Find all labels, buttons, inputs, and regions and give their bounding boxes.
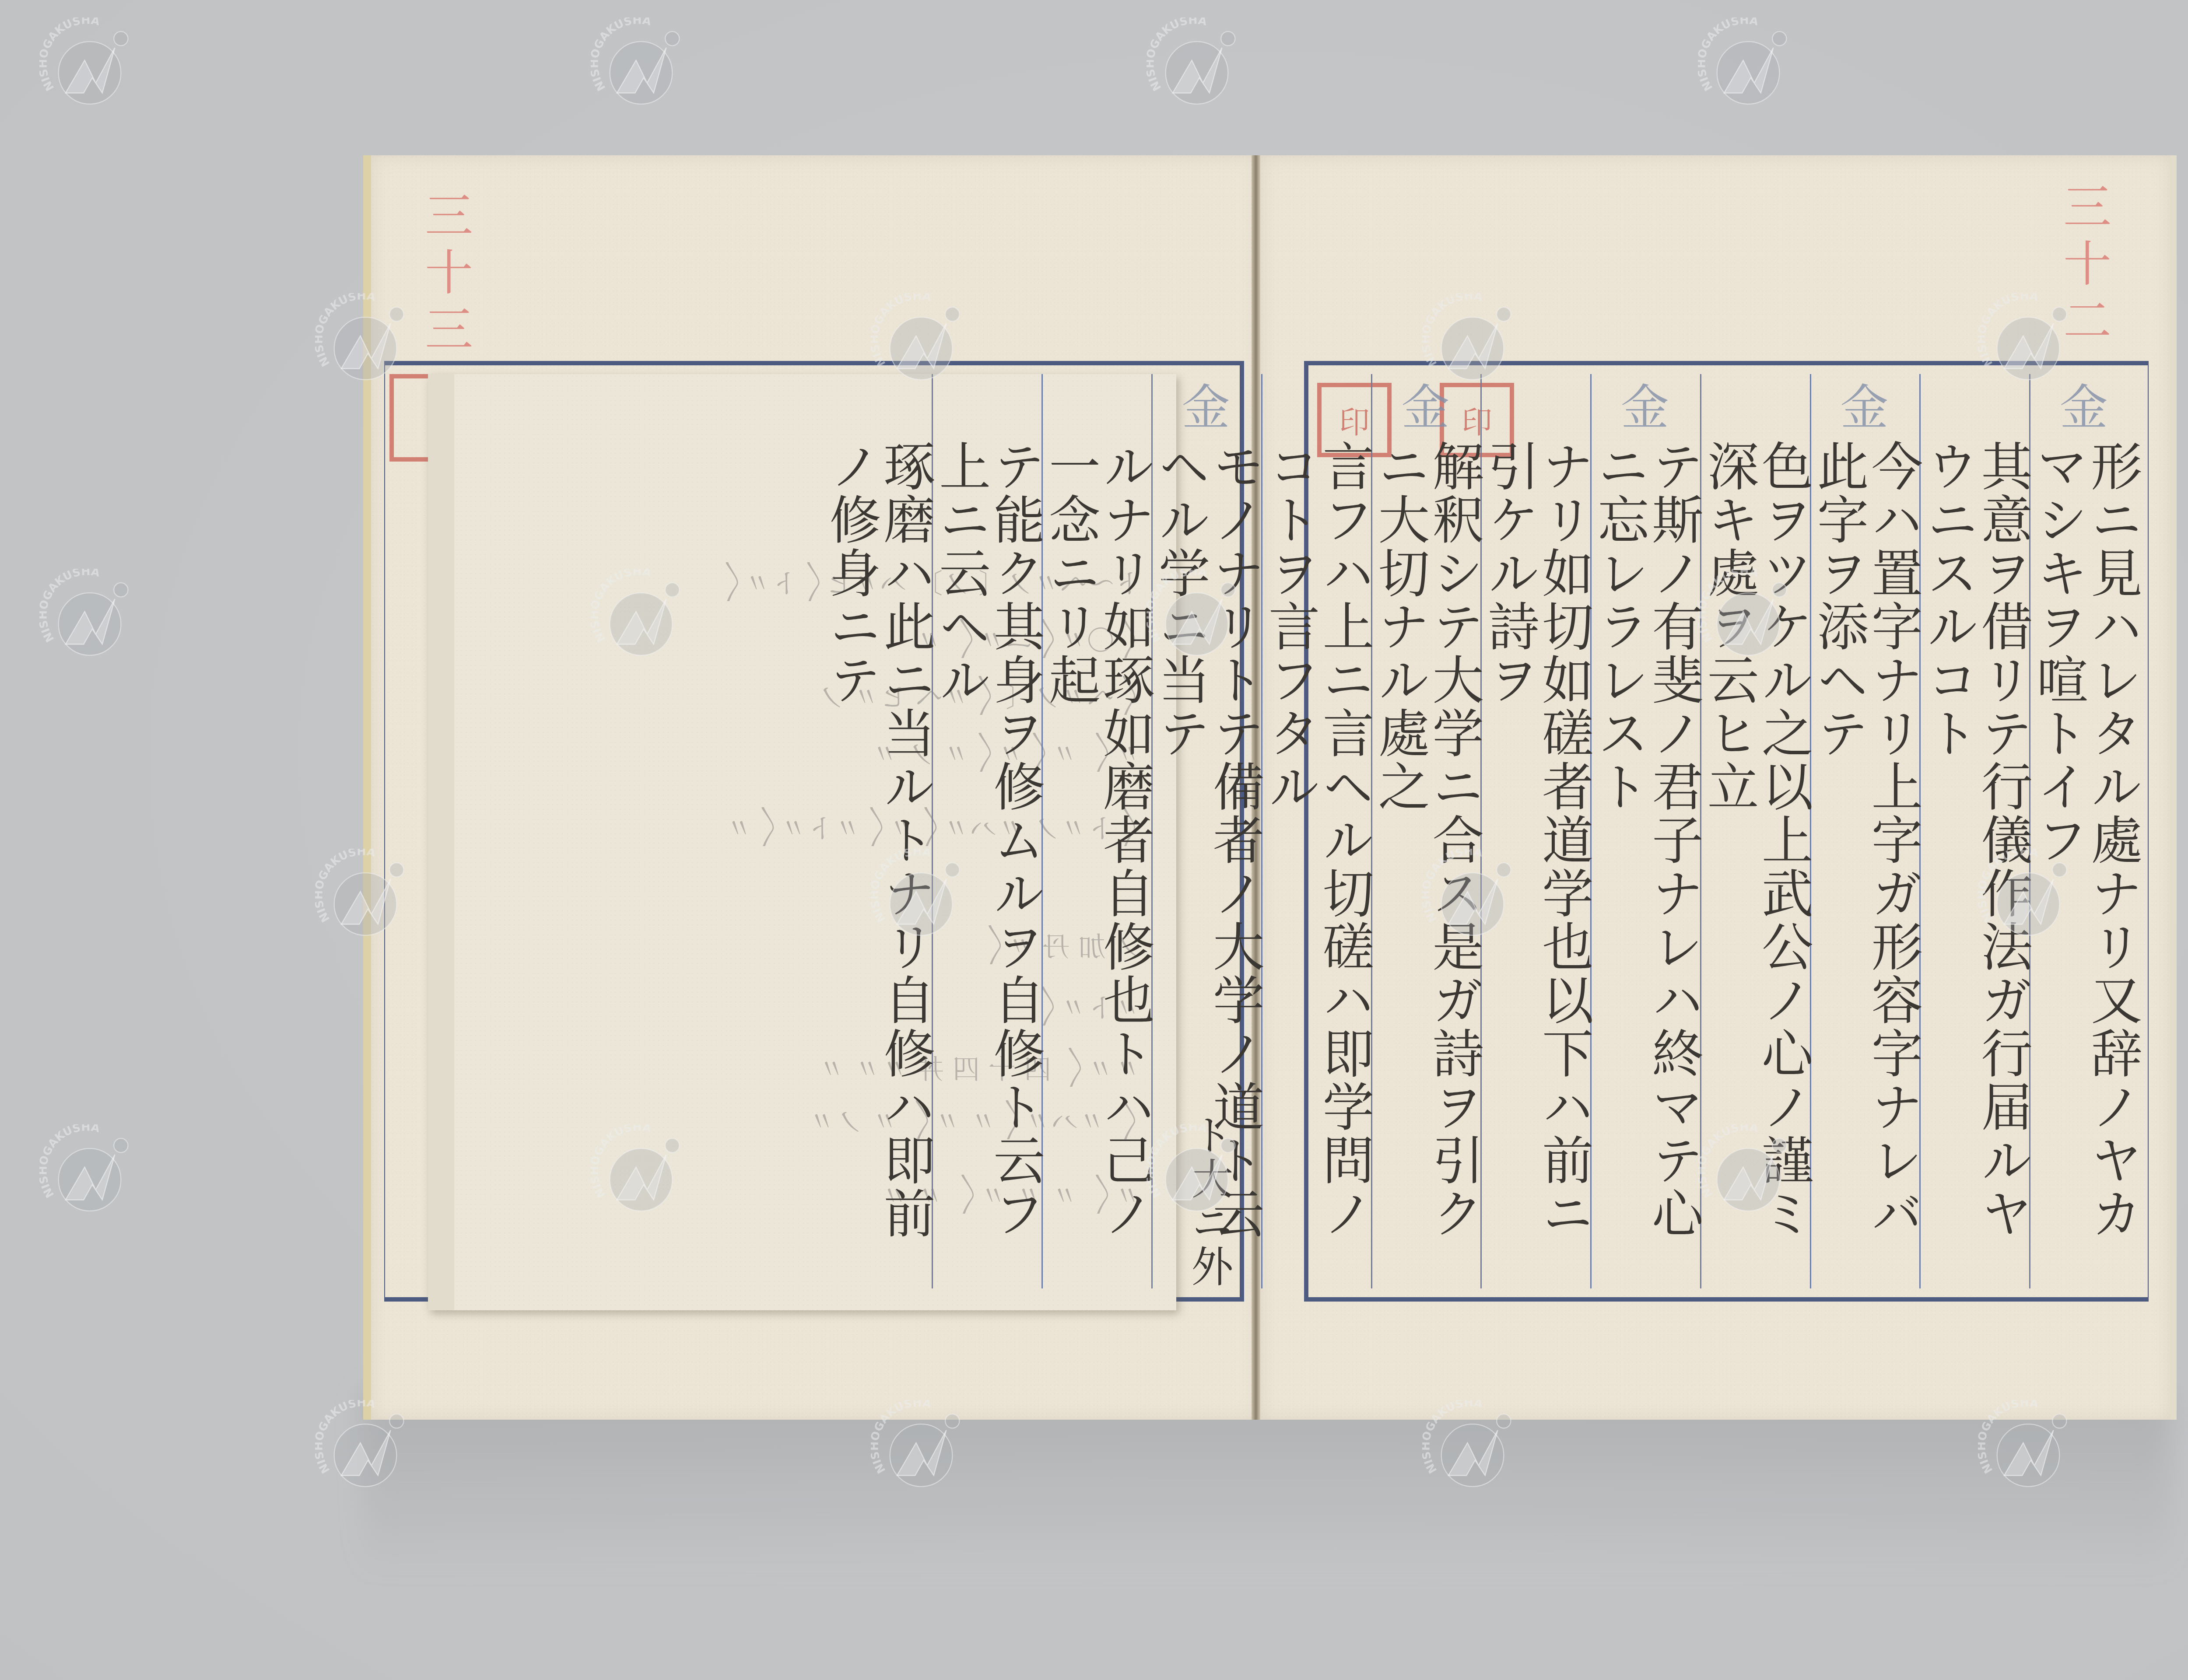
right-page: 三十二 印 印 金形ニ見ハレタル處ナリ又辞ノヤカマシキヲ喧トイフ 其意ヲ借リテ行…	[1260, 155, 2177, 1420]
column-mark-kin: 金	[2060, 383, 2110, 434]
left-page-marginal-note: 三十三	[410, 190, 480, 361]
column-mark-kin: 金	[1401, 383, 1451, 434]
right-page-text-columns: 金形ニ見ハレタル處ナリ又辞ノヤカマシキヲ喧トイフ 其意ヲ借リテ行儀作法ガ行届ルヤ…	[1317, 374, 2139, 1288]
column-mark-kin: 金	[1182, 383, 1232, 434]
text-column: 色ヲツケル之以上武公ノ心ノ謹ミ深キ處ヲ云ヒ立	[1700, 374, 1810, 1288]
text-column: 金形ニ見ハレタル處ナリ又辞ノヤカマシキヲ喧トイフ	[2029, 374, 2139, 1288]
text-column: ルナリ如琢如磨者自修也トハ己ノ一念ニリ起	[1041, 374, 1151, 1288]
text-column: 金テ斯ノ有斐ノ君子ナレハ終マテ心ニ忘レラレスト	[1590, 374, 1700, 1288]
text-column: 琢磨ハ此ニ当ルトナリ自修ハ即前ノ修身ニテ	[824, 374, 932, 1288]
right-page-ruled-frame: 印 印 金形ニ見ハレタル處ナリ又辞ノヤカマシキヲ喧トイフ 其意ヲ借リテ行儀作法ガ…	[1304, 361, 2149, 1302]
text-column: ナリ如切如磋者道学也以下ハ前ニ引ケル詩ヲ	[1480, 374, 1590, 1288]
text-column: テ能ク其身ヲ修ムルヲ自修ト云フ上ニ云ヘル	[932, 374, 1041, 1288]
text-column: 其意ヲ借リテ行儀作法ガ行届ルヤウニスルコト	[1919, 374, 2029, 1288]
column-mark-kin: 金	[1621, 383, 1671, 434]
right-page-marginal-note: 三十二	[2049, 182, 2118, 352]
text-column: 金モノナリトテ備者ノ大学ノ道ト云ヘル学ニ当テ	[1151, 374, 1261, 1288]
text-column: 金解釈シテ大学ニ合ス是ガ詩ヲ引クニ大切ナル處之	[1371, 374, 1481, 1288]
open-manuscript-book: 三十三 ト大ニ外 ガフル カテ真 喧字着 大国民ガ 慄ハ前 徒至善 一点ノ 行届…	[363, 155, 2170, 1420]
column-mark-kin: 金	[1841, 383, 1890, 434]
text-column: 金今ハ置字ナリ上字ガ形容字ナレバ此字ヲ添ヘテ	[1810, 374, 1920, 1288]
text-column: 言フハ上ニ言ヘル切磋ハ即学問ノコトヲ言フタル	[1261, 374, 1371, 1288]
